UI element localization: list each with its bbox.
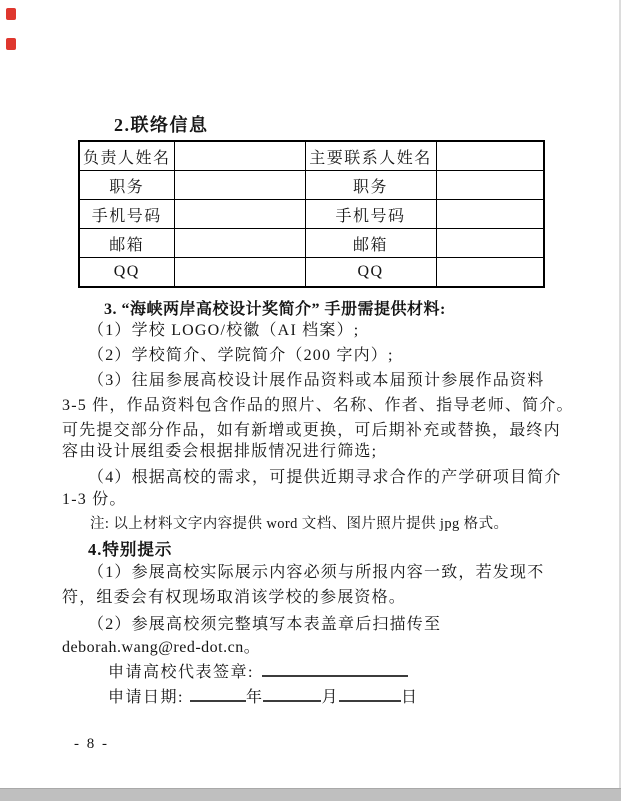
section-title-contact-info: 2.联络信息 <box>114 111 209 137</box>
signature-stamp-label: 申请高校代表签章: <box>108 664 254 681</box>
red-edge-mark-icon <box>6 38 16 50</box>
table-row: 手机号码 手机号码 <box>79 200 544 229</box>
field-label-main-contact-name: 主要联系人姓名 <box>305 141 436 171</box>
materials-note: 注: 以上材料文字内容提供 word 文档、图片照片提供 jpg 格式。 <box>90 512 508 536</box>
materials-item-3-line-1: （3）往届参展高校设计展作品资料或本届预计参展作品资料 <box>88 369 544 393</box>
field-label-position-right: 职务 <box>305 171 436 200</box>
field-value-cell <box>436 258 544 288</box>
field-label-email-right: 邮箱 <box>305 229 436 258</box>
materials-item-4-line-1: （4）根据高校的需求，可提供近期寻求合作的产学研项目简介 <box>88 466 562 490</box>
field-label-mobile-right: 手机号码 <box>305 200 436 229</box>
field-value-cell <box>174 229 305 258</box>
red-edge-mark-icon <box>6 8 16 20</box>
field-label-qq-right: QQ <box>305 258 436 288</box>
table-row: 负责人姓名 主要联系人姓名 <box>79 141 544 171</box>
field-label-position-left: 职务 <box>79 171 174 200</box>
year-label: 年 <box>246 689 264 706</box>
section-title-special-notice: 4.特别提示 <box>88 536 172 560</box>
notice-item-1-line-1: （1）参展高校实际展示内容必须与所报内容一致，若发现不 <box>88 561 544 585</box>
page-bottom-edge <box>0 788 621 801</box>
field-value-cell <box>174 200 305 229</box>
field-value-cell <box>436 171 544 200</box>
notice-item-1-line-2: 符，组委会有权现场取消该学校的参展资格。 <box>62 586 406 610</box>
field-label-mobile-left: 手机号码 <box>79 200 174 229</box>
field-label-qq-left: QQ <box>79 258 174 288</box>
materials-item-3-line-2: 3-5 件，作品资料包含作品的照片、名称、作者、指导老师、简介。 <box>62 394 574 418</box>
signature-blank-underline <box>262 660 408 677</box>
field-value-cell <box>436 200 544 229</box>
materials-item-3-line-4: 容由设计展组委会根据排版情况进行筛选; <box>62 440 377 464</box>
materials-item-4-line-2: 1-3 份。 <box>62 488 127 512</box>
field-label-email-left: 邮箱 <box>79 229 174 258</box>
field-value-cell <box>436 229 544 258</box>
materials-item-1: （1）学校 LOGO/校徽（AI 档案）; <box>88 319 359 343</box>
table-row: 职务 职务 <box>79 171 544 200</box>
contact-info-table: 负责人姓名 主要联系人姓名 职务 职务 手机号码 手机号码 邮箱 邮箱 <box>78 140 545 288</box>
month-label: 月 <box>321 689 339 706</box>
field-value-cell <box>174 171 305 200</box>
field-value-cell <box>436 141 544 171</box>
field-label-responsible-name: 负责人姓名 <box>79 141 174 171</box>
field-value-cell <box>174 141 305 171</box>
field-value-cell <box>174 258 305 288</box>
application-date-line: 申请日期:年月日 <box>108 685 419 710</box>
day-label: 日 <box>401 689 419 706</box>
notice-item-2-line-1: （2）参展高校须完整填写本表盖章后扫描传至 <box>88 613 441 637</box>
date-label: 申请日期: <box>108 689 184 706</box>
document-page: 2.联络信息 负责人姓名 主要联系人姓名 职务 职务 手机号码 手机号码 <box>0 0 621 801</box>
email-text: deborah.wang@red-dot.cn。 <box>62 636 260 660</box>
table-row: 邮箱 邮箱 <box>79 229 544 258</box>
month-blank-underline <box>263 685 321 702</box>
table-row: QQ QQ <box>79 258 544 288</box>
materials-item-2: （2）学校简介、学院简介（200 字内）; <box>88 344 394 368</box>
year-blank-underline <box>190 685 246 702</box>
signature-line: 申请高校代表签章: <box>108 660 408 685</box>
day-blank-underline <box>339 685 401 702</box>
section-title-materials: 3. “海峡两岸高校设计奖简介” 手册需提供材料: <box>104 296 446 319</box>
page-number: - 8 - <box>74 736 109 753</box>
